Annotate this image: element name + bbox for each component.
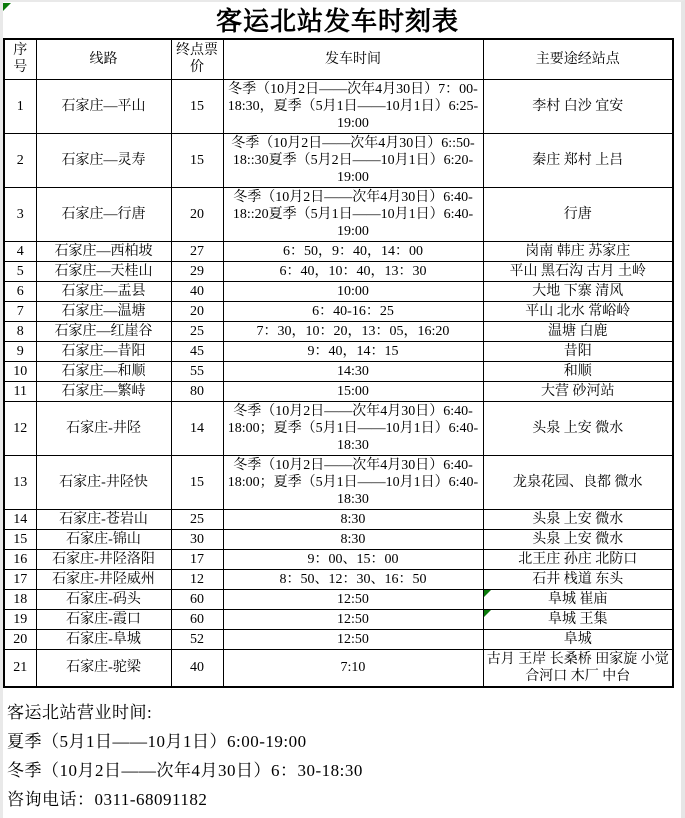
cell-main-stops[interactable]: 阜城 王集 [483,609,673,629]
cell-route[interactable]: 石家庄—平山 [36,79,171,133]
cell-main-stops[interactable]: 阜城 崔庙 [483,589,673,609]
cell-serial-number[interactable]: 9 [4,341,36,361]
cell-fare[interactable]: 40 [171,649,223,687]
cell-fare[interactable]: 40 [171,281,223,301]
business-hours-label: 客运北站营业时间: [7,698,681,727]
table-row: 6 石家庄—盂县 40 10:00 大地 下寨 清风 [4,281,673,301]
cell-departure-time[interactable]: 8：50、12：30、16：50 [223,569,483,589]
cell-departure-time[interactable]: 7：30，10：20，13：05，16:20 [223,321,483,341]
cell-fare[interactable]: 52 [171,629,223,649]
table-row: 21 石家庄-驼梁 40 7:10 古月 王岸 长桑桥 田家旋 小觉 合河口 木… [4,649,673,687]
phone-note: 咨询电话：0311-68091182 [7,785,681,814]
cell-main-stops[interactable]: 平山 北水 常峪岭 [483,301,673,321]
cell-main-stops[interactable]: 古月 王岸 长桑桥 田家旋 小觉 合河口 木厂 中台 [483,649,673,687]
cell-departure-time[interactable]: 12:50 [223,629,483,649]
cell-main-stops[interactable]: 头泉 上安 微水 [483,529,673,549]
cell-route[interactable]: 石家庄—西柏坡 [36,241,171,261]
cell-fare[interactable]: 15 [171,79,223,133]
cell-fare[interactable]: 20 [171,187,223,241]
table-row: 19 石家庄-霞口 60 12:50 阜城 王集 [4,609,673,629]
page-title: 客运北站发车时刻表 [3,2,672,38]
cell-departure-time[interactable]: 14:30 [223,361,483,381]
cell-main-stops[interactable]: 李村 白沙 宜安 [483,79,673,133]
cell-departure-time[interactable]: 冬季（10月2日——次年4月30日）6:40-18::20夏季（5月1日——10… [223,187,483,241]
cell-route[interactable]: 石家庄-驼梁 [36,649,171,687]
cell-fare[interactable]: 15 [171,455,223,509]
cell-serial-number[interactable]: 17 [4,569,36,589]
table-row: 12 石家庄-井陉 14 冬季（10月2日——次年4月30日）6:40-18:0… [4,401,673,455]
cell-route[interactable]: 石家庄-井陉威州 [36,569,171,589]
cell-departure-time[interactable]: 8:30 [223,529,483,549]
cell-main-stops[interactable]: 温塘 白鹿 [483,321,673,341]
cell-route[interactable]: 石家庄-霞口 [36,609,171,629]
cell-fare[interactable]: 14 [171,401,223,455]
cell-serial-number[interactable]: 15 [4,529,36,549]
cell-route[interactable]: 石家庄—温塘 [36,301,171,321]
cell-serial-number[interactable]: 16 [4,549,36,569]
cell-departure-time[interactable]: 9：40，14：15 [223,341,483,361]
cell-main-stops[interactable]: 龙泉花园、良都 微水 [483,455,673,509]
table-row: 8 石家庄—红崖谷 25 7：30，10：20，13：05，16:20 温塘 白… [4,321,673,341]
timetable-body: 1 石家庄—平山 15 冬季（10月2日——次年4月30日）7：00-18:30… [4,79,673,687]
cell-departure-time[interactable]: 6：40，10：40，13：30 [223,261,483,281]
cell-main-stops[interactable]: 秦庄 郑村 上吕 [483,133,673,187]
cell-route[interactable]: 石家庄—天桂山 [36,261,171,281]
cell-fare[interactable]: 27 [171,241,223,261]
cell-fare[interactable]: 20 [171,301,223,321]
cell-serial-number[interactable]: 7 [4,301,36,321]
cell-departure-time[interactable]: 9：00、15：00 [223,549,483,569]
cell-departure-time[interactable]: 6：50，9：40，14：00 [223,241,483,261]
cell-departure-time[interactable]: 6：40-16：25 [223,301,483,321]
cell-serial-number[interactable]: 3 [4,187,36,241]
cell-serial-number[interactable]: 1 [4,79,36,133]
table-row: 14 石家庄-苍岩山 25 8:30 头泉 上安 微水 [4,509,673,529]
cell-route[interactable]: 石家庄-井陉快 [36,455,171,509]
cell-route[interactable]: 石家庄-苍岩山 [36,509,171,529]
cell-serial-number[interactable]: 8 [4,321,36,341]
table-row: 9 石家庄—昔阳 45 9：40，14：15 昔阳 [4,341,673,361]
table-row: 15 石家庄-锦山 30 8:30 头泉 上安 微水 [4,529,673,549]
cell-route[interactable]: 石家庄—灵寿 [36,133,171,187]
table-row: 10 石家庄—和顺 55 14:30 和顺 [4,361,673,381]
header-row: 序号 线路 终点票价 发车时间 主要途经站点 [4,39,673,79]
cell-departure-time[interactable]: 10:00 [223,281,483,301]
cell-main-stops[interactable]: 行唐 [483,187,673,241]
cell-serial-number[interactable]: 2 [4,133,36,187]
table-row: 5 石家庄—天桂山 29 6：40，10：40，13：30 平山 黑石沟 古月 … [4,261,673,281]
cell-main-stops[interactable]: 和顺 [483,361,673,381]
winter-hours-note: 冬季（10月2日——次年4月30日）6：30-18:30 [7,756,681,785]
cell-departure-time[interactable]: 冬季（10月2日——次年4月30日）7：00-18:30，夏季（5月1日——10… [223,79,483,133]
cell-route[interactable]: 石家庄-井陉 [36,401,171,455]
cell-departure-time[interactable]: 15:00 [223,381,483,401]
cell-fare[interactable]: 25 [171,321,223,341]
table-row: 11 石家庄—繁峙 80 15:00 大营 砂河站 [4,381,673,401]
spreadsheet-page: 客运北站发车时刻表 序号 线路 终点票价 发车时间 主要途经站点 1 石家庄—平… [0,0,685,818]
cell-serial-number[interactable]: 18 [4,589,36,609]
cell-main-stops[interactable]: 头泉 上安 微水 [483,401,673,455]
table-row: 4 石家庄—西柏坡 27 6：50，9：40，14：00 岗南 韩庄 苏家庄 [4,241,673,261]
summer-hours-note: 夏季（5月1日——10月1日）6:00-19:00 [7,727,681,756]
cell-fare[interactable]: 12 [171,569,223,589]
cell-route[interactable]: 石家庄-井陉洛阳 [36,549,171,569]
cell-departure-time[interactable]: 12:50 [223,609,483,629]
cell-departure-time[interactable]: 冬季（10月2日——次年4月30日）6:40-18:00；夏季（5月1日——10… [223,401,483,455]
cell-serial-number[interactable]: 10 [4,361,36,381]
cell-route[interactable]: 石家庄—盂县 [36,281,171,301]
table-row: 2 石家庄—灵寿 15 冬季（10月2日——次年4月30日）6::50-18::… [4,133,673,187]
cell-serial-number[interactable]: 13 [4,455,36,509]
table-row: 16 石家庄-井陉洛阳 17 9：00、15：00 北王庄 孙庄 北防口 [4,549,673,569]
cell-route[interactable]: 石家庄-码头 [36,589,171,609]
cell-serial-number[interactable]: 14 [4,509,36,529]
cell-route[interactable]: 石家庄—行唐 [36,187,171,241]
cell-serial-number[interactable]: 5 [4,261,36,281]
cell-main-stops[interactable]: 阜城 [483,629,673,649]
cell-main-stops[interactable]: 石井 栈道 东头 [483,569,673,589]
cell-serial-number[interactable]: 20 [4,629,36,649]
footer-notes: 客运北站营业时间: 夏季（5月1日——10月1日）6:00-19:00 冬季（1… [3,688,681,814]
cell-route[interactable]: 石家庄—繁峙 [36,381,171,401]
cell-main-stops[interactable]: 平山 黑石沟 古月 土岭 [483,261,673,281]
cell-fare[interactable]: 80 [171,381,223,401]
table-row: 1 石家庄—平山 15 冬季（10月2日——次年4月30日）7：00-18:30… [4,79,673,133]
departure-timetable: 序号 线路 终点票价 发车时间 主要途经站点 1 石家庄—平山 15 冬季（10… [3,38,674,688]
cell-fare[interactable]: 30 [171,529,223,549]
cell-main-stops[interactable]: 头泉 上安 微水 [483,509,673,529]
cell-fare[interactable]: 60 [171,589,223,609]
timetable-header: 序号 线路 终点票价 发车时间 主要途经站点 [4,39,673,79]
cell-departure-time[interactable]: 12:50 [223,589,483,609]
table-row: 7 石家庄—温塘 20 6：40-16：25 平山 北水 常峪岭 [4,301,673,321]
cell-main-stops[interactable]: 岗南 韩庄 苏家庄 [483,241,673,261]
table-row: 3 石家庄—行唐 20 冬季（10月2日——次年4月30日）6:40-18::2… [4,187,673,241]
cell-fare[interactable]: 15 [171,133,223,187]
cell-fare[interactable]: 60 [171,609,223,629]
cell-route[interactable]: 石家庄—昔阳 [36,341,171,361]
cell-departure-time[interactable]: 冬季（10月2日——次年4月30日）6::50-18::30夏季（5月2日——1… [223,133,483,187]
table-row: 13 石家庄-井陉快 15 冬季（10月2日——次年4月30日）6:40-18:… [4,455,673,509]
header-departure-time: 发车时间 [223,39,483,79]
cell-route[interactable]: 石家庄-阜城 [36,629,171,649]
cell-main-stops[interactable]: 大营 砂河站 [483,381,673,401]
cell-serial-number[interactable]: 21 [4,649,36,687]
table-row: 17 石家庄-井陉威州 12 8：50、12：30、16：50 石井 栈道 东头 [4,569,673,589]
cell-serial-number[interactable]: 12 [4,401,36,455]
cell-route[interactable]: 石家庄—红崖谷 [36,321,171,341]
cell-main-stops[interactable]: 昔阳 [483,341,673,361]
cell-main-stops[interactable]: 大地 下寨 清风 [483,281,673,301]
header-main-stops: 主要途经站点 [483,39,673,79]
cell-route[interactable]: 石家庄—和顺 [36,361,171,381]
table-row: 20 石家庄-阜城 52 12:50 阜城 [4,629,673,649]
table-row: 18 石家庄-码头 60 12:50 阜城 崔庙 [4,589,673,609]
cell-route[interactable]: 石家庄-锦山 [36,529,171,549]
cell-main-stops[interactable]: 北王庄 孙庄 北防口 [483,549,673,569]
cell-departure-time[interactable]: 冬季（10月2日——次年4月30日）6:40-18:00；夏季（5月1日——10… [223,455,483,509]
header-terminal-fare: 终点票价 [171,39,223,79]
cell-fare[interactable]: 29 [171,261,223,281]
cell-fare[interactable]: 55 [171,361,223,381]
cell-fare[interactable]: 17 [171,549,223,569]
selection-corner-icon [3,3,11,11]
cell-departure-time[interactable]: 8:30 [223,509,483,529]
cell-fare[interactable]: 45 [171,341,223,361]
header-route: 线路 [36,39,171,79]
cell-fare[interactable]: 25 [171,509,223,529]
header-serial-number: 序号 [4,39,36,79]
cell-serial-number[interactable]: 6 [4,281,36,301]
cell-serial-number[interactable]: 11 [4,381,36,401]
cell-departure-time[interactable]: 7:10 [223,649,483,687]
cell-serial-number[interactable]: 19 [4,609,36,629]
cell-serial-number[interactable]: 4 [4,241,36,261]
